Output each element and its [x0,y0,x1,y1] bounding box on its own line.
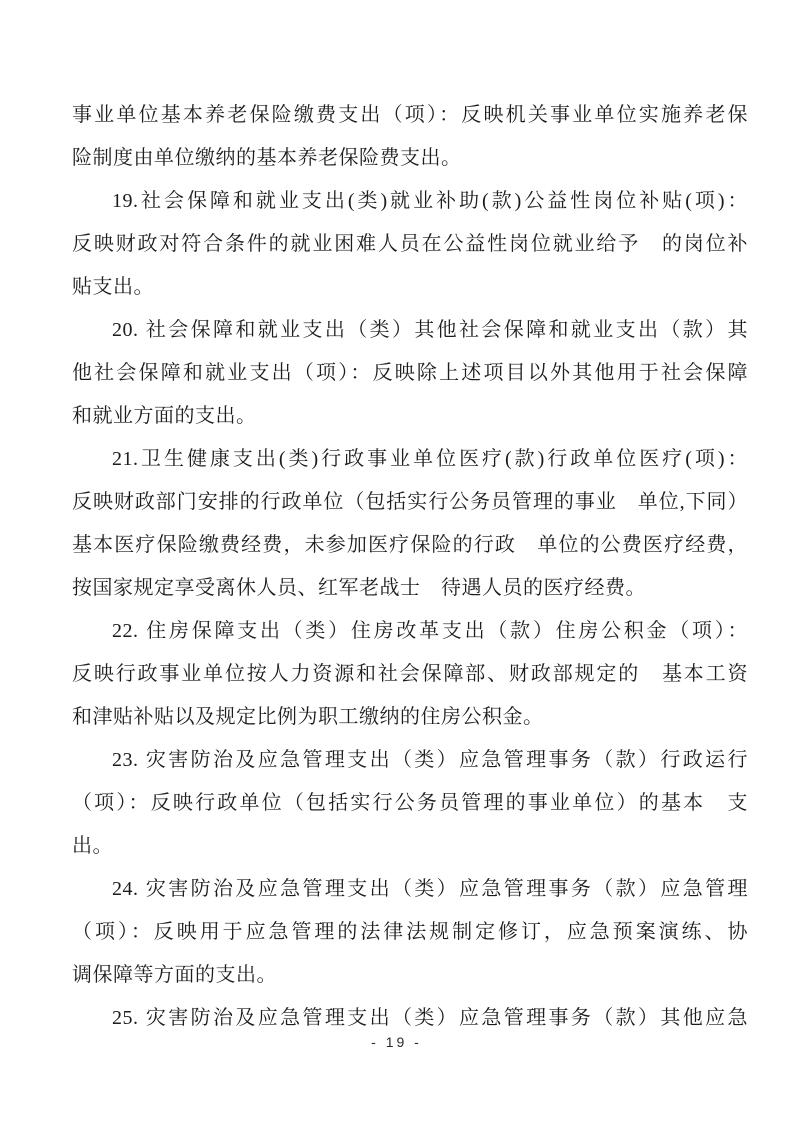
text-line: 贴支出。 [72,266,748,309]
text-line: 反映财政部门安排的行政单位（包括实行公务员管理的事业 单位,下同） [72,481,748,524]
text-line: 和津贴补贴以及规定比例为职工缴纳的住房公积金。 [72,696,748,739]
text-line: 出。 [72,825,748,868]
document-body: 事业单位基本养老保险缴费支出（项）：反映机关事业单位实施养老保 险制度由单位缴纳… [72,94,748,1040]
text-line: 险制度由单位缴纳的基本养老保险费支出。 [72,137,748,180]
text-line: 他社会保障和就业支出（项）：反映除上述项目以外其他用于社会保障 [72,352,748,395]
text-line: 反映行政事业单位按人力资源和社会保障部、财政部规定的 基本工资 [72,653,748,696]
text-line: （项）：反映用于应急管理的法律法规制定修订，应急预案演练、协 [72,911,748,954]
text-line: 21.卫生健康支出(类)行政事业单位医疗(款)行政单位医疗(项)： [72,438,748,481]
text-line: 19.社会保障和就业支出(类)就业补助(款)公益性岗位补贴(项)： [72,180,748,223]
text-line: 按国家规定享受离休人员、红军老战士 待遇人员的医疗经费。 [72,567,748,610]
document-page: 事业单位基本养老保险缴费支出（项）：反映机关事业单位实施养老保 险制度由单位缴纳… [0,0,793,1122]
text-line: 20. 社会保障和就业支出（类）其他社会保障和就业支出（款）其 [72,309,748,352]
text-line: 基本医疗保险缴费经费，未参加医疗保险的行政 单位的公费医疗经费， [72,524,748,567]
text-line: 调保障等方面的支出。 [72,954,748,997]
text-line: 事业单位基本养老保险缴费支出（项）：反映机关事业单位实施养老保 [72,94,748,137]
text-line: （项）：反映行政单位（包括实行公务员管理的事业单位）的基本 支 [72,782,748,825]
text-line: 反映财政对符合条件的就业困难人员在公益性岗位就业给予 的岗位补 [72,223,748,266]
text-line: 23. 灾害防治及应急管理支出（类）应急管理事务（款）行政运行 [72,739,748,782]
text-line: 22. 住房保障支出（类）住房改革支出（款）住房公积金（项）： [72,610,748,653]
text-line: 和就业方面的支出。 [72,395,748,438]
page-number: - 19 - [0,1032,793,1052]
text-line: 24. 灾害防治及应急管理支出（类）应急管理事务（款）应急管理 [72,868,748,911]
